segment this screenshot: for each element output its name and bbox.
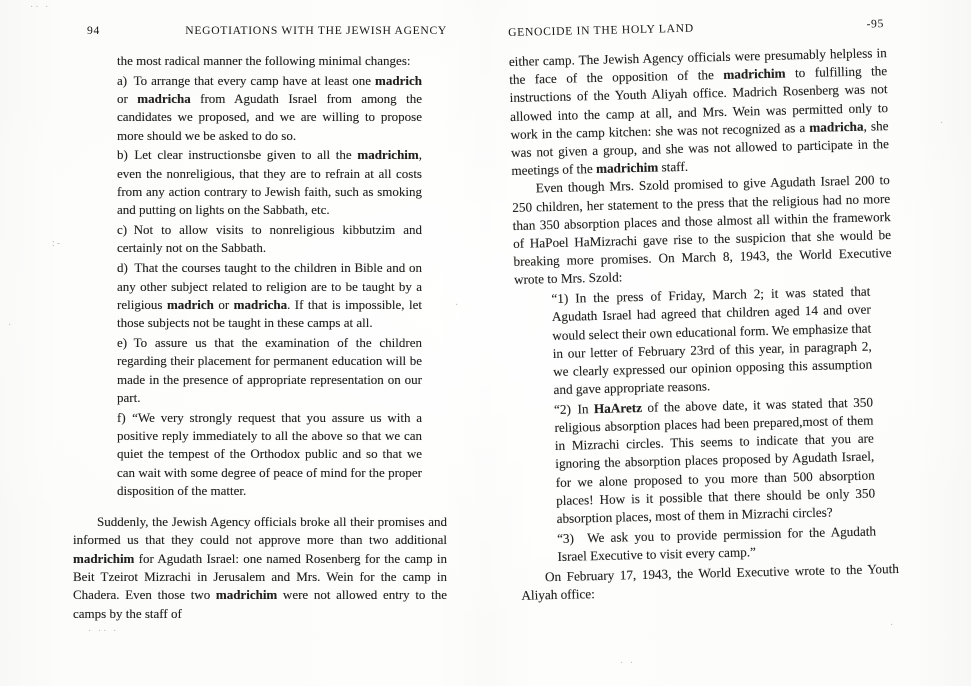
book-spread-scan: 94 NEGOTIATIONS WITH THE JEWISH AGENCY t… [0,0,971,686]
right-page-body: either camp. The Jewish Agency officials… [509,44,900,605]
blockquote-paragraph: c) Not to allow visits to nonreligious k… [117,221,422,258]
left-page-number: 94 [87,24,100,37]
emphasized-term: HaAretz [594,400,642,416]
text-run: c) Not to allow visits to nonreligious k… [117,222,422,255]
body-paragraph: either camp. The Jewish Agency officials… [509,44,890,180]
emphasized-term: madrichim [216,587,277,602]
text-run: staff. [658,159,688,175]
text-run: Suddenly, the Jewish Agency officials br… [73,514,447,547]
text-run: e) To assure us that the examination of … [117,335,422,405]
emphasized-term: madrich [375,73,422,88]
body-paragraph: On February 17, 1943, the World Executiv… [521,560,900,605]
scan-artifact: :- [52,238,62,249]
text-run: On February 17, 1943, the World Executiv… [521,561,899,603]
text-run: or [214,297,234,312]
scan-artifact: · [8,320,13,331]
emphasized-term: madricha [137,91,190,106]
left-page: 94 NEGOTIATIONS WITH THE JEWISH AGENCY t… [73,24,447,623]
body-paragraph: Even though Mrs. Szold promised to give … [512,171,892,289]
right-page-number: -95 [866,17,884,30]
blockquote-paragraph: “2) In HaAretz of the above date, it was… [554,393,876,528]
blockquote-paragraph: “3) We ask you to provide permission for… [557,522,877,566]
text-run: a) To arrange that every camp have at le… [117,73,375,88]
blockquote-paragraph: b) Let clear instructionsbe given to all… [117,146,422,219]
scan-artifact: · [940,118,945,129]
blockquote-paragraph: e) To assure us that the examination of … [117,334,422,407]
left-page-body: the most radical manner the following mi… [73,52,447,623]
right-page: GENOCIDE IN THE HOLY LAND -95 either cam… [508,17,900,605]
right-page-header: GENOCIDE IN THE HOLY LAND -95 [508,17,886,39]
left-running-head: NEGOTIATIONS WITH THE JEWISH AGENCY [185,24,447,37]
emphasized-term: madrichim [723,66,786,82]
emphasized-term: madrichim [357,147,418,162]
emphasized-term: madrich [167,297,214,312]
emphasized-term: madricha [234,297,287,312]
scan-artifact: ·· · [30,2,51,13]
text-run: “3) We ask you to provide permission for… [557,523,876,564]
scan-artifact: · [890,620,895,631]
text-run: b) Let clear instructionsbe given to all… [117,147,357,162]
text-run: Even though Mrs. Szold promised to give … [512,172,892,287]
right-running-head: GENOCIDE IN THE HOLY LAND [508,22,694,39]
blockquote-paragraph: “1) In the press of Friday, March 2; it … [551,283,872,400]
text-run: “1) In the press of Friday, March 2; it … [551,284,872,398]
blockquote-paragraph: d) That the courses taught to the childr… [117,259,422,332]
left-page-header: 94 NEGOTIATIONS WITH THE JEWISH AGENCY [73,24,447,37]
emphasized-term: madrichim [73,551,134,566]
blockquote-paragraph: f) “We very strongly request that you as… [117,409,422,500]
scan-artifact: · [455,300,460,311]
body-paragraph: Suddenly, the Jewish Agency officials br… [73,513,447,623]
text-run: the most radical manner the following mi… [117,53,411,68]
text-run: “2) In [554,401,594,417]
text-run: or [117,91,137,106]
blockquote-paragraph: the most radical manner the following mi… [117,52,422,70]
text-run: f) “We very strongly request that you as… [117,410,422,498]
emphasized-term: madrichim [596,160,659,176]
scan-artifact: · ·· · [88,626,118,637]
scan-artifact: · · [620,658,635,669]
blockquote-paragraph: a) To arrange that every camp have at le… [117,72,422,145]
emphasized-term: madricha [809,118,864,134]
